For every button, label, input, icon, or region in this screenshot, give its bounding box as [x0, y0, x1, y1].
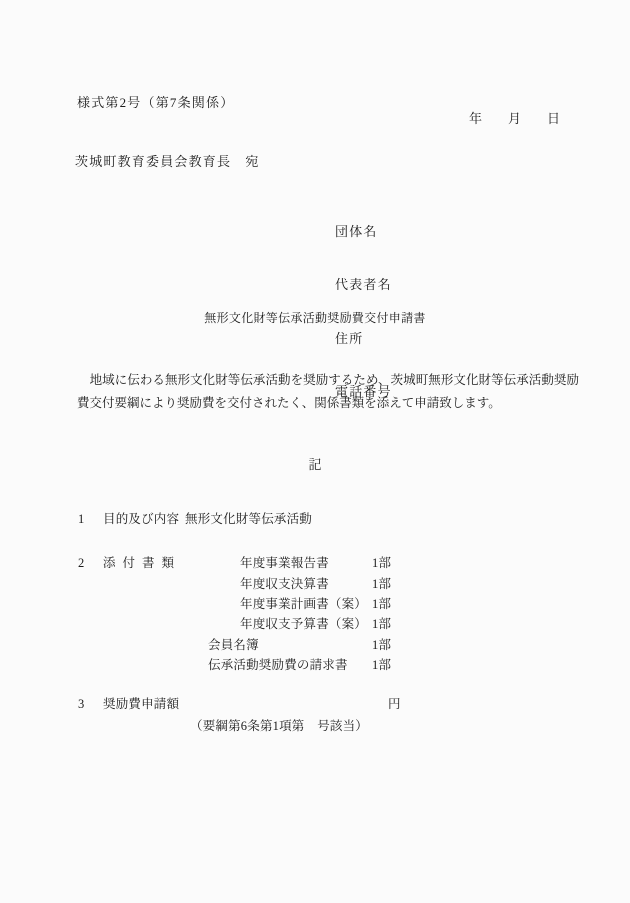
attachment-count: 1部 [372, 556, 391, 571]
attachment-count: 1部 [372, 577, 391, 592]
attachment-name-business-plan-draft: 年度事業計画書（案） [240, 597, 367, 612]
applicant-field-address: 住所 [335, 328, 392, 350]
attachment-name-business-report: 年度事業報告書 [240, 556, 329, 571]
attachment-name-grant-invoice: 伝承活動奨励費の請求書 [208, 658, 348, 673]
item-amount-unit-yen: 円 [388, 697, 401, 712]
item-purpose-label: 目的及び内容 [103, 512, 179, 527]
document-title: 無形文化財等伝承活動奨励費交付申請書 [0, 311, 630, 325]
body-paragraph: 地域に伝わる無形文化財等伝承活動を奨励するため、茨城町無形文化財等伝承活動奨励費… [77, 369, 579, 415]
attachment-count: 1部 [372, 617, 391, 632]
record-marker: 記 [0, 457, 630, 473]
attachment-name-member-roster: 会員名簿 [208, 638, 259, 653]
date-placeholder-line: 年 月 日 [469, 111, 560, 127]
recipient-line: 茨城町教育委員会教育長 宛 [75, 154, 260, 170]
item-attachments-label: 添付書類 [103, 556, 181, 571]
attachment-count: 1部 [372, 658, 391, 673]
form-number: 様式第2号（第7条関係） [77, 95, 234, 111]
item-amount-label: 奨励費申請額 [103, 697, 179, 712]
item-amount-number: 3 [78, 697, 84, 712]
item-amount-note: （要綱第6条第1項第 号該当） [190, 719, 368, 734]
attachment-count: 1部 [372, 597, 391, 612]
attachment-name-budget-draft: 年度収支予算書（案） [240, 617, 367, 632]
applicant-field-organization-name: 団体名 [335, 221, 392, 243]
item-purpose-value: 無形文化財等伝承活動 [185, 512, 312, 527]
attachment-count: 1部 [372, 638, 391, 653]
application-form-page: 様式第2号（第7条関係） 年 月 日 茨城町教育委員会教育長 宛 団体名 代表者… [0, 0, 630, 903]
item-attachments-number: 2 [78, 556, 84, 571]
item-purpose-number: 1 [78, 512, 84, 527]
applicant-field-representative-name: 代表者名 [335, 274, 392, 296]
attachment-name-financial-statement: 年度収支決算書 [240, 577, 329, 592]
